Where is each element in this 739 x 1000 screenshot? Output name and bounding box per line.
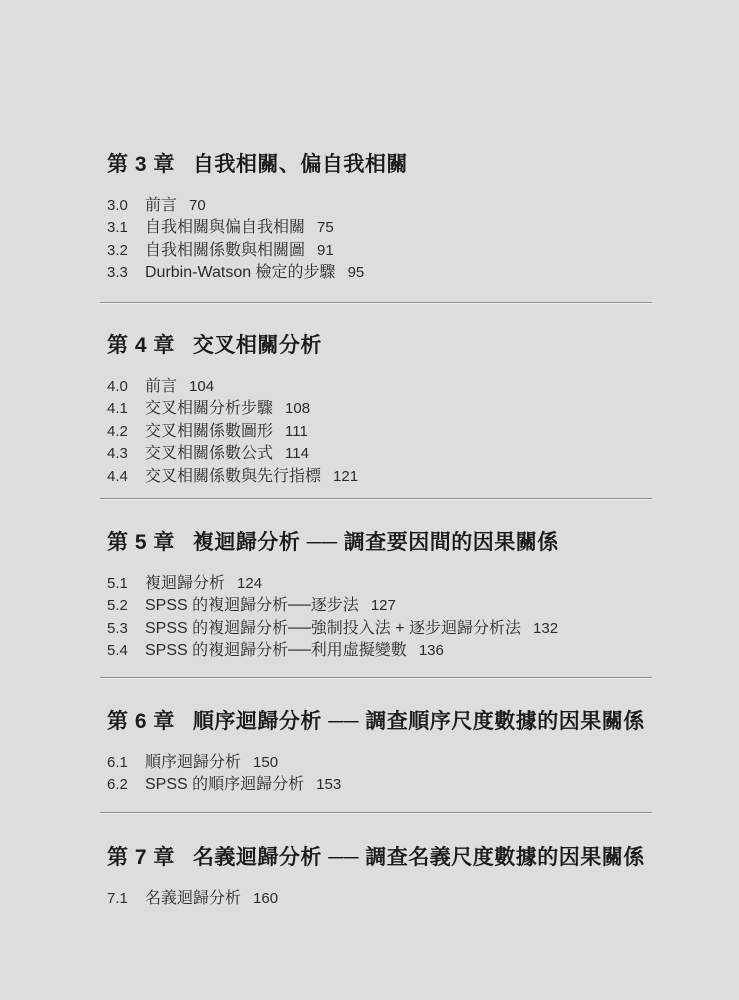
toc-entry: 4.3 交叉相關係數公式 114 [107, 443, 719, 465]
toc-item-list: 6.1 順序迴歸分析 150 6.2 SPSS 的順序迴歸分析 153 [107, 752, 719, 797]
chapter-title: 交叉相關分析 [193, 334, 322, 357]
chapter-title: 順序迴歸分析 ── 調查順序尺度數據的因果關係 [193, 710, 645, 733]
toc-entry-number: 7.1 [107, 888, 145, 910]
toc-entry-number: 4.4 [107, 466, 145, 488]
toc-item-list: 4.0 前言 104 4.1 交叉相關分析步驟 108 4.2 交叉相關係數圖形… [107, 376, 719, 488]
toc-entry: 4.2 交叉相關係數圖形 111 [107, 421, 719, 443]
toc-entry-title: SPSS 的複迴歸分析──利用虛擬變數 [145, 640, 407, 662]
chapter-number: 第 3 章 [107, 153, 175, 176]
toc-entry-number: 6.1 [107, 752, 145, 774]
toc-entry-number: 4.0 [107, 376, 145, 398]
chapter-heading: 第 5 章 複迴歸分析 ── 調查要因間的因果關係 [107, 531, 719, 554]
toc-entry-page: 104 [189, 376, 214, 398]
chapter-section-5: 第 5 章 複迴歸分析 ── 調查要因間的因果關係 5.1 複迴歸分析 124 … [107, 531, 719, 663]
chapter-heading: 第 3 章 自我相關、偏自我相關 [107, 153, 719, 176]
toc-entry-page: 153 [316, 774, 341, 796]
toc-entry: 5.3 SPSS 的複迴歸分析──強制投入法 + 逐步迴歸分析法 132 [107, 618, 719, 640]
toc-entry: 6.1 順序迴歸分析 150 [107, 752, 719, 774]
toc-entry-title: 自我相關與偏自我相關 [145, 217, 305, 239]
chapter-heading: 第 7 章 名義迴歸分析 ── 調查名義尺度數據的因果關係 [107, 846, 719, 869]
toc-entry-title: SPSS 的順序迴歸分析 [145, 774, 304, 796]
toc-entry: 7.1 名義迴歸分析 160 [107, 888, 719, 910]
toc-item-list: 7.1 名義迴歸分析 160 [107, 888, 719, 910]
toc-entry-page: 127 [371, 595, 396, 617]
toc-entry-title: Durbin-Watson 檢定的步驟 [145, 262, 336, 284]
chapter-title: 自我相關、偏自我相關 [193, 153, 408, 176]
toc-entry-page: 95 [348, 262, 365, 284]
toc-entry: 4.1 交叉相關分析步驟 108 [107, 398, 719, 420]
chapter-number: 第 7 章 [107, 846, 175, 869]
toc-entry: 3.0 前言 70 [107, 195, 719, 217]
toc-entry-number: 4.2 [107, 421, 145, 443]
toc-entry-number: 6.2 [107, 774, 145, 796]
chapter-title: 複迴歸分析 ── 調查要因間的因果關係 [193, 531, 559, 554]
section-divider [100, 812, 652, 813]
toc-entry-number: 5.1 [107, 573, 145, 595]
chapter-section-4: 第 4 章 交叉相關分析 4.0 前言 104 4.1 交叉相關分析步驟 108… [107, 334, 719, 488]
toc-entry-page: 132 [533, 618, 558, 640]
toc-entry-title: 交叉相關係數公式 [145, 443, 273, 465]
toc-entry-page: 136 [419, 640, 444, 662]
toc-entry-title: 前言 [145, 376, 177, 398]
toc-entry-page: 124 [237, 573, 262, 595]
toc-entry: 5.2 SPSS 的複迴歸分析──逐步法 127 [107, 595, 719, 617]
toc-entry-number: 4.1 [107, 398, 145, 420]
toc-entry-title: 交叉相關係數與先行指標 [145, 466, 321, 488]
chapter-title: 名義迴歸分析 ── 調查名義尺度數據的因果關係 [193, 846, 645, 869]
toc-entry-number: 3.0 [107, 195, 145, 217]
section-divider [100, 677, 652, 678]
chapter-heading: 第 6 章 順序迴歸分析 ── 調查順序尺度數據的因果關係 [107, 710, 719, 733]
chapter-number: 第 5 章 [107, 531, 175, 554]
chapter-section-6: 第 6 章 順序迴歸分析 ── 調查順序尺度數據的因果關係 6.1 順序迴歸分析… [107, 710, 719, 797]
toc-entry-page: 160 [253, 888, 278, 910]
toc-entry-page: 91 [317, 240, 334, 262]
toc-entry: 4.0 前言 104 [107, 376, 719, 398]
toc-entry: 3.3 Durbin-Watson 檢定的步驟 95 [107, 262, 719, 284]
toc-entry-page: 111 [285, 421, 308, 443]
toc-entry-number: 4.3 [107, 443, 145, 465]
toc-entry: 5.1 複迴歸分析 124 [107, 573, 719, 595]
toc-entry-page: 121 [333, 466, 358, 488]
toc-entry: 5.4 SPSS 的複迴歸分析──利用虛擬變數 136 [107, 640, 719, 662]
chapter-number: 第 4 章 [107, 334, 175, 357]
toc-entry-number: 5.4 [107, 640, 145, 662]
toc-entry: 3.2 自我相關係數與相關圖 91 [107, 240, 719, 262]
toc-entry-page: 70 [189, 195, 206, 217]
toc-item-list: 3.0 前言 70 3.1 自我相關與偏自我相關 75 3.2 自我相關係數與相… [107, 195, 719, 285]
toc-entry: 3.1 自我相關與偏自我相關 75 [107, 217, 719, 239]
chapter-number: 第 6 章 [107, 710, 175, 733]
toc-entry-number: 3.1 [107, 217, 145, 239]
toc-entry-title: 名義迴歸分析 [145, 888, 241, 910]
toc-entry-title: 交叉相關係數圖形 [145, 421, 273, 443]
toc-entry-title: 自我相關係數與相關圖 [145, 240, 305, 262]
toc-entry-title: 順序迴歸分析 [145, 752, 241, 774]
toc-item-list: 5.1 複迴歸分析 124 5.2 SPSS 的複迴歸分析──逐步法 127 5… [107, 573, 719, 663]
chapter-section-3: 第 3 章 自我相關、偏自我相關 3.0 前言 70 3.1 自我相關與偏自我相… [107, 153, 719, 285]
toc-entry-title: SPSS 的複迴歸分析──強制投入法 + 逐步迴歸分析法 [145, 618, 521, 640]
toc-entry-title: 複迴歸分析 [145, 573, 225, 595]
toc-entry: 4.4 交叉相關係數與先行指標 121 [107, 466, 719, 488]
toc-entry-number: 5.3 [107, 618, 145, 640]
section-divider [100, 498, 652, 499]
toc-entry-page: 150 [253, 752, 278, 774]
toc-entry-number: 5.2 [107, 595, 145, 617]
toc-entry: 6.2 SPSS 的順序迴歸分析 153 [107, 774, 719, 796]
toc-entry-page: 108 [285, 398, 310, 420]
toc-entry-title: SPSS 的複迴歸分析──逐步法 [145, 595, 359, 617]
toc-entry-title: 前言 [145, 195, 177, 217]
book-toc-page: 第 3 章 自我相關、偏自我相關 3.0 前言 70 3.1 自我相關與偏自我相… [0, 0, 739, 1000]
chapter-heading: 第 4 章 交叉相關分析 [107, 334, 719, 357]
toc-entry-page: 114 [285, 443, 309, 465]
toc-entry-title: 交叉相關分析步驟 [145, 398, 273, 420]
chapter-section-7: 第 7 章 名義迴歸分析 ── 調查名義尺度數據的因果關係 7.1 名義迴歸分析… [107, 846, 719, 910]
toc-entry-number: 3.2 [107, 240, 145, 262]
toc-entry-page: 75 [317, 217, 334, 239]
toc-entry-number: 3.3 [107, 262, 145, 284]
section-divider [100, 302, 652, 303]
